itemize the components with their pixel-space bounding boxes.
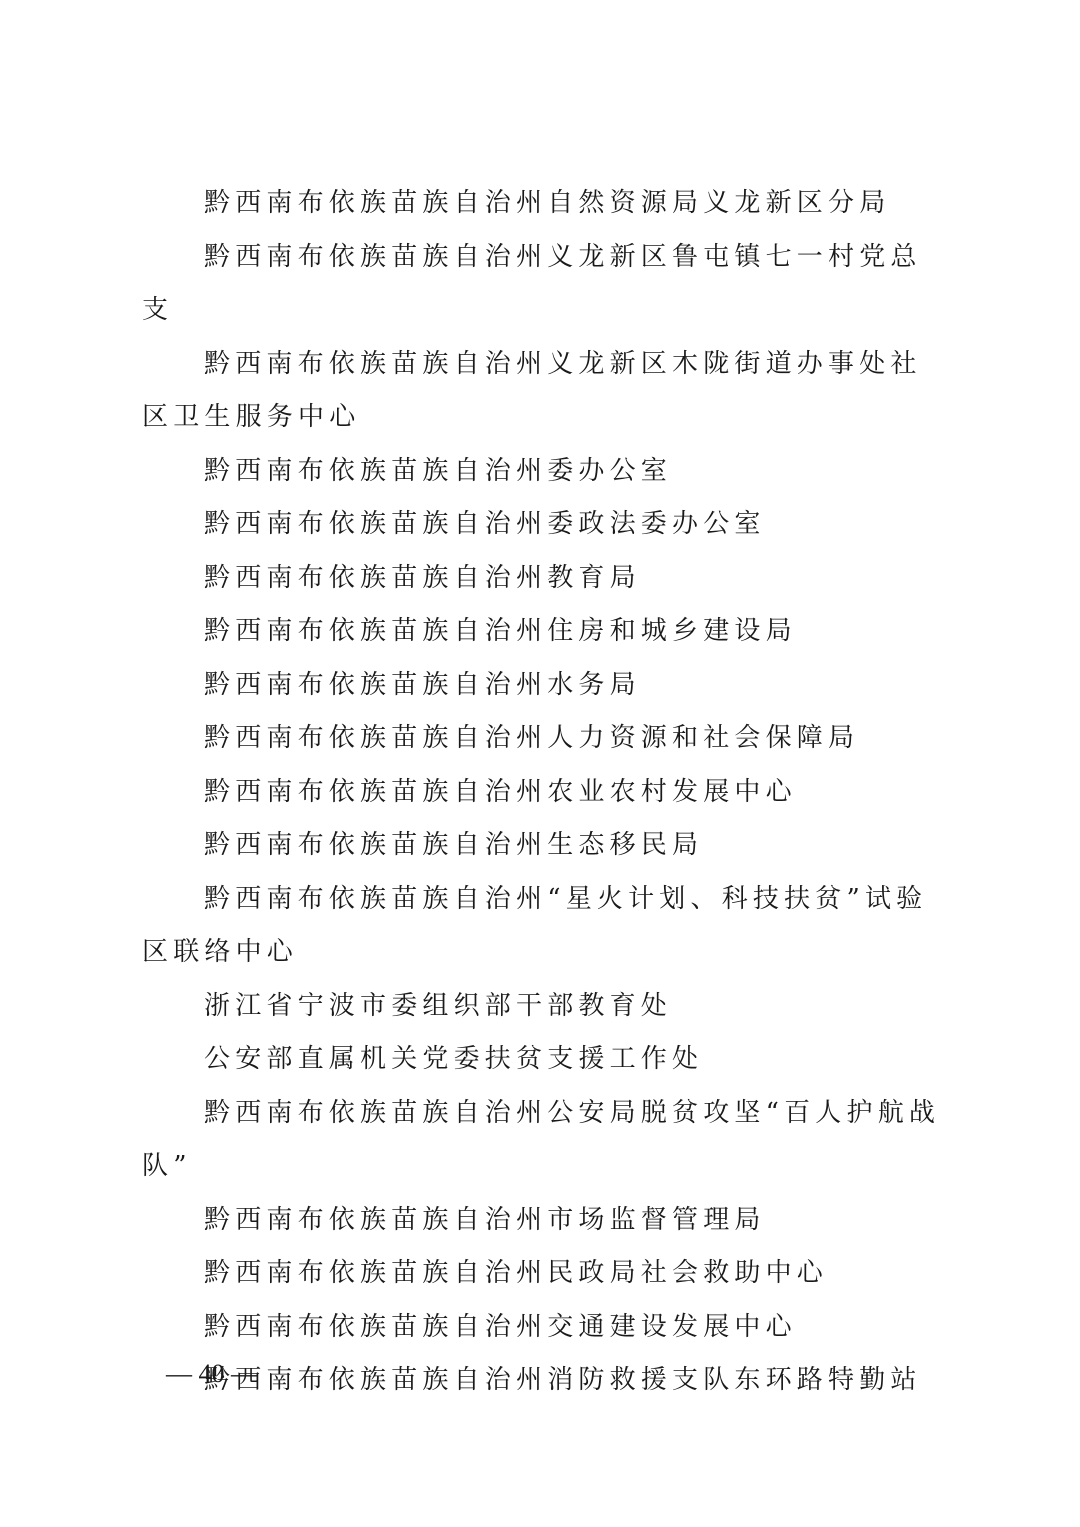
list-item: 黔西南布依族苗族自治州教育局 [142, 552, 952, 606]
list-item: 黔西南布依族苗族自治州交通建设发展中心 [142, 1301, 952, 1355]
list-item: 黔西南布依族苗族自治州委办公室 [142, 445, 952, 499]
list-item: 黔西南布依族苗族自治州民政局社会救助中心 [142, 1247, 952, 1301]
list-item: 黔西南布依族苗族自治州义龙新区木陇街道办事处社区卫生服务中心 [142, 338, 952, 445]
list-item: 公安部直属机关党委扶贫支援工作处 [142, 1033, 952, 1087]
organization-list: 黔西南布依族苗族自治州自然资源局义龙新区分局 黔西南布依族苗族自治州义龙新区鲁屯… [142, 177, 952, 1408]
list-item: 黔西南布依族苗族自治州农业农村发展中心 [142, 766, 952, 820]
list-item: 黔西南布依族苗族自治州义龙新区鲁屯镇七一村党总支 [142, 231, 952, 338]
list-item: 黔西南布依族苗族自治州生态移民局 [142, 819, 952, 873]
page-number: — 40 — [166, 1357, 257, 1391]
document-page: 黔西南布依族苗族自治州自然资源局义龙新区分局 黔西南布依族苗族自治州义龙新区鲁屯… [0, 0, 1080, 1527]
list-item: 浙江省宁波市委组织部干部教育处 [142, 980, 952, 1034]
list-item: 黔西南布依族苗族自治州住房和城乡建设局 [142, 605, 952, 659]
list-item: 黔西南布依族苗族自治州自然资源局义龙新区分局 [142, 177, 952, 231]
list-item: 黔西南布依族苗族自治州“星火计划、科技扶贫”试验区联络中心 [142, 873, 952, 980]
list-item: 黔西南布依族苗族自治州人力资源和社会保障局 [142, 712, 952, 766]
list-item: 黔西南布依族苗族自治州消防救援支队东环路特勤站 [142, 1354, 952, 1408]
list-item: 黔西南布依族苗族自治州公安局脱贫攻坚“百人护航战队” [142, 1087, 952, 1194]
list-item: 黔西南布依族苗族自治州水务局 [142, 659, 952, 713]
list-item: 黔西南布依族苗族自治州市场监督管理局 [142, 1194, 952, 1248]
list-item: 黔西南布依族苗族自治州委政法委办公室 [142, 498, 952, 552]
